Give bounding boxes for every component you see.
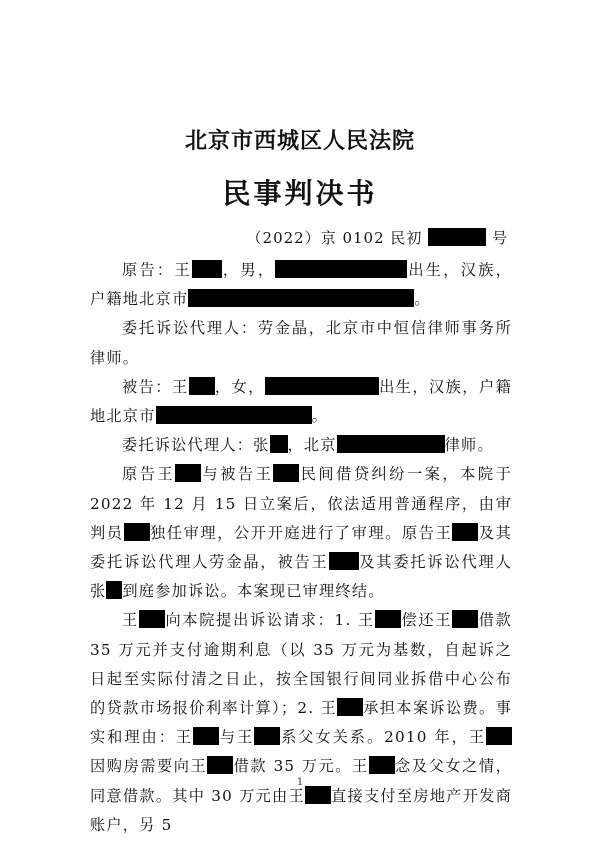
case-number-suffix: 号 <box>492 229 508 247</box>
page-number: 1 <box>0 777 600 788</box>
redaction-box <box>375 610 401 628</box>
case-number-prefix: （2022）京 0102 民初 <box>247 229 423 247</box>
plaintiff-surname: 王 <box>174 261 191 279</box>
defendant-registration: 地北京市 <box>90 407 156 425</box>
text-segment: 王 <box>122 611 139 629</box>
redaction-box <box>369 756 395 774</box>
plaintiff-info: 原告：王，男，出生，汉族，户籍地北京市。 <box>90 256 512 314</box>
plaintiff-label: 原告： <box>122 261 174 279</box>
text-segment: 偿还王 <box>401 611 452 629</box>
defendant-gender: ，女， <box>215 378 265 396</box>
redaction-box <box>265 377 379 395</box>
text-segment: 借款 35 万元。王 <box>233 757 368 775</box>
redaction-box <box>305 786 331 804</box>
redaction-box <box>193 727 219 745</box>
court-name: 北京市西城区人民法院 <box>0 126 600 156</box>
defendant-label: 被告： <box>122 378 172 396</box>
redaction-box <box>254 727 280 745</box>
text-segment: 与王 <box>219 728 254 746</box>
text-segment: 与被告王 <box>201 465 273 483</box>
document-title: 民事判决书 <box>0 176 600 212</box>
plaintiff-agent: 委托诉讼代理人：劳金晶，北京市中恒信律师事务所律师。 <box>90 314 512 372</box>
document-body: 原告：王，男，出生，汉族，户籍地北京市。 委托诉讼代理人：劳金晶，北京市中恒信律… <box>90 256 512 840</box>
redaction-box <box>124 523 150 541</box>
defendant-info: 被告：王，女，出生，汉族，户籍地北京市。 <box>90 373 512 431</box>
defendant-agent-label: 委托诉讼代理人：张 <box>122 436 270 454</box>
redaction-box <box>156 406 312 424</box>
text-segment: 原告王 <box>122 465 175 483</box>
redaction-box <box>188 289 414 307</box>
defendant-agent-suffix: 律师。 <box>445 436 494 454</box>
redaction-box <box>175 464 201 482</box>
defendant-agent-firm-prefix: ，北京 <box>288 436 337 454</box>
text-segment: 独任审理，公开开庭进行了审理。原告王 <box>150 524 453 542</box>
text-segment: 到庭参加诉讼。本案现已审理终结。 <box>122 582 384 600</box>
redaction-box <box>337 698 363 716</box>
redaction-box <box>270 435 288 453</box>
punctuation: 。 <box>414 290 430 308</box>
redaction-box <box>139 610 165 628</box>
defendant-birth: 出生，汉族，户籍 <box>379 378 512 396</box>
document-page: 北京市西城区人民法院 民事判决书 （2022）京 0102 民初 号 原告：王，… <box>0 0 600 849</box>
redaction-box <box>275 260 407 278</box>
case-intro-paragraph: 原告王与被告王民间借贷纠纷一案，本院于 2022 年 12 月 15 日立案后，… <box>90 460 512 606</box>
redaction-box <box>428 228 486 246</box>
defendant-surname: 王 <box>172 378 189 396</box>
redaction-box <box>189 377 215 395</box>
defendant-agent: 委托诉讼代理人：张，北京律师。 <box>90 431 512 460</box>
redaction-box <box>192 260 222 278</box>
plaintiff-registration: 籍地北京市 <box>106 290 188 308</box>
text-segment: 因购房需要向王 <box>90 757 207 775</box>
redaction-box <box>486 727 512 745</box>
punctuation: 。 <box>312 407 328 425</box>
redaction-box <box>207 756 233 774</box>
text-segment: 系父女关系。2010 年，王 <box>280 728 486 746</box>
redaction-box <box>273 464 299 482</box>
plaintiff-gender: ，男， <box>222 261 275 279</box>
redaction-box <box>329 552 359 570</box>
case-number: （2022）京 0102 民初 号 <box>247 227 508 249</box>
redaction-box <box>106 581 122 599</box>
redaction-box <box>452 523 478 541</box>
redaction-box <box>337 435 445 453</box>
text-segment: 向本院提出诉讼请求：1. 王 <box>165 611 375 629</box>
redaction-box <box>452 610 478 628</box>
claims-paragraph: 王向本院提出诉讼请求：1. 王偿还王借款 35 万元并支付逾期利息（以 35 万… <box>90 606 512 840</box>
